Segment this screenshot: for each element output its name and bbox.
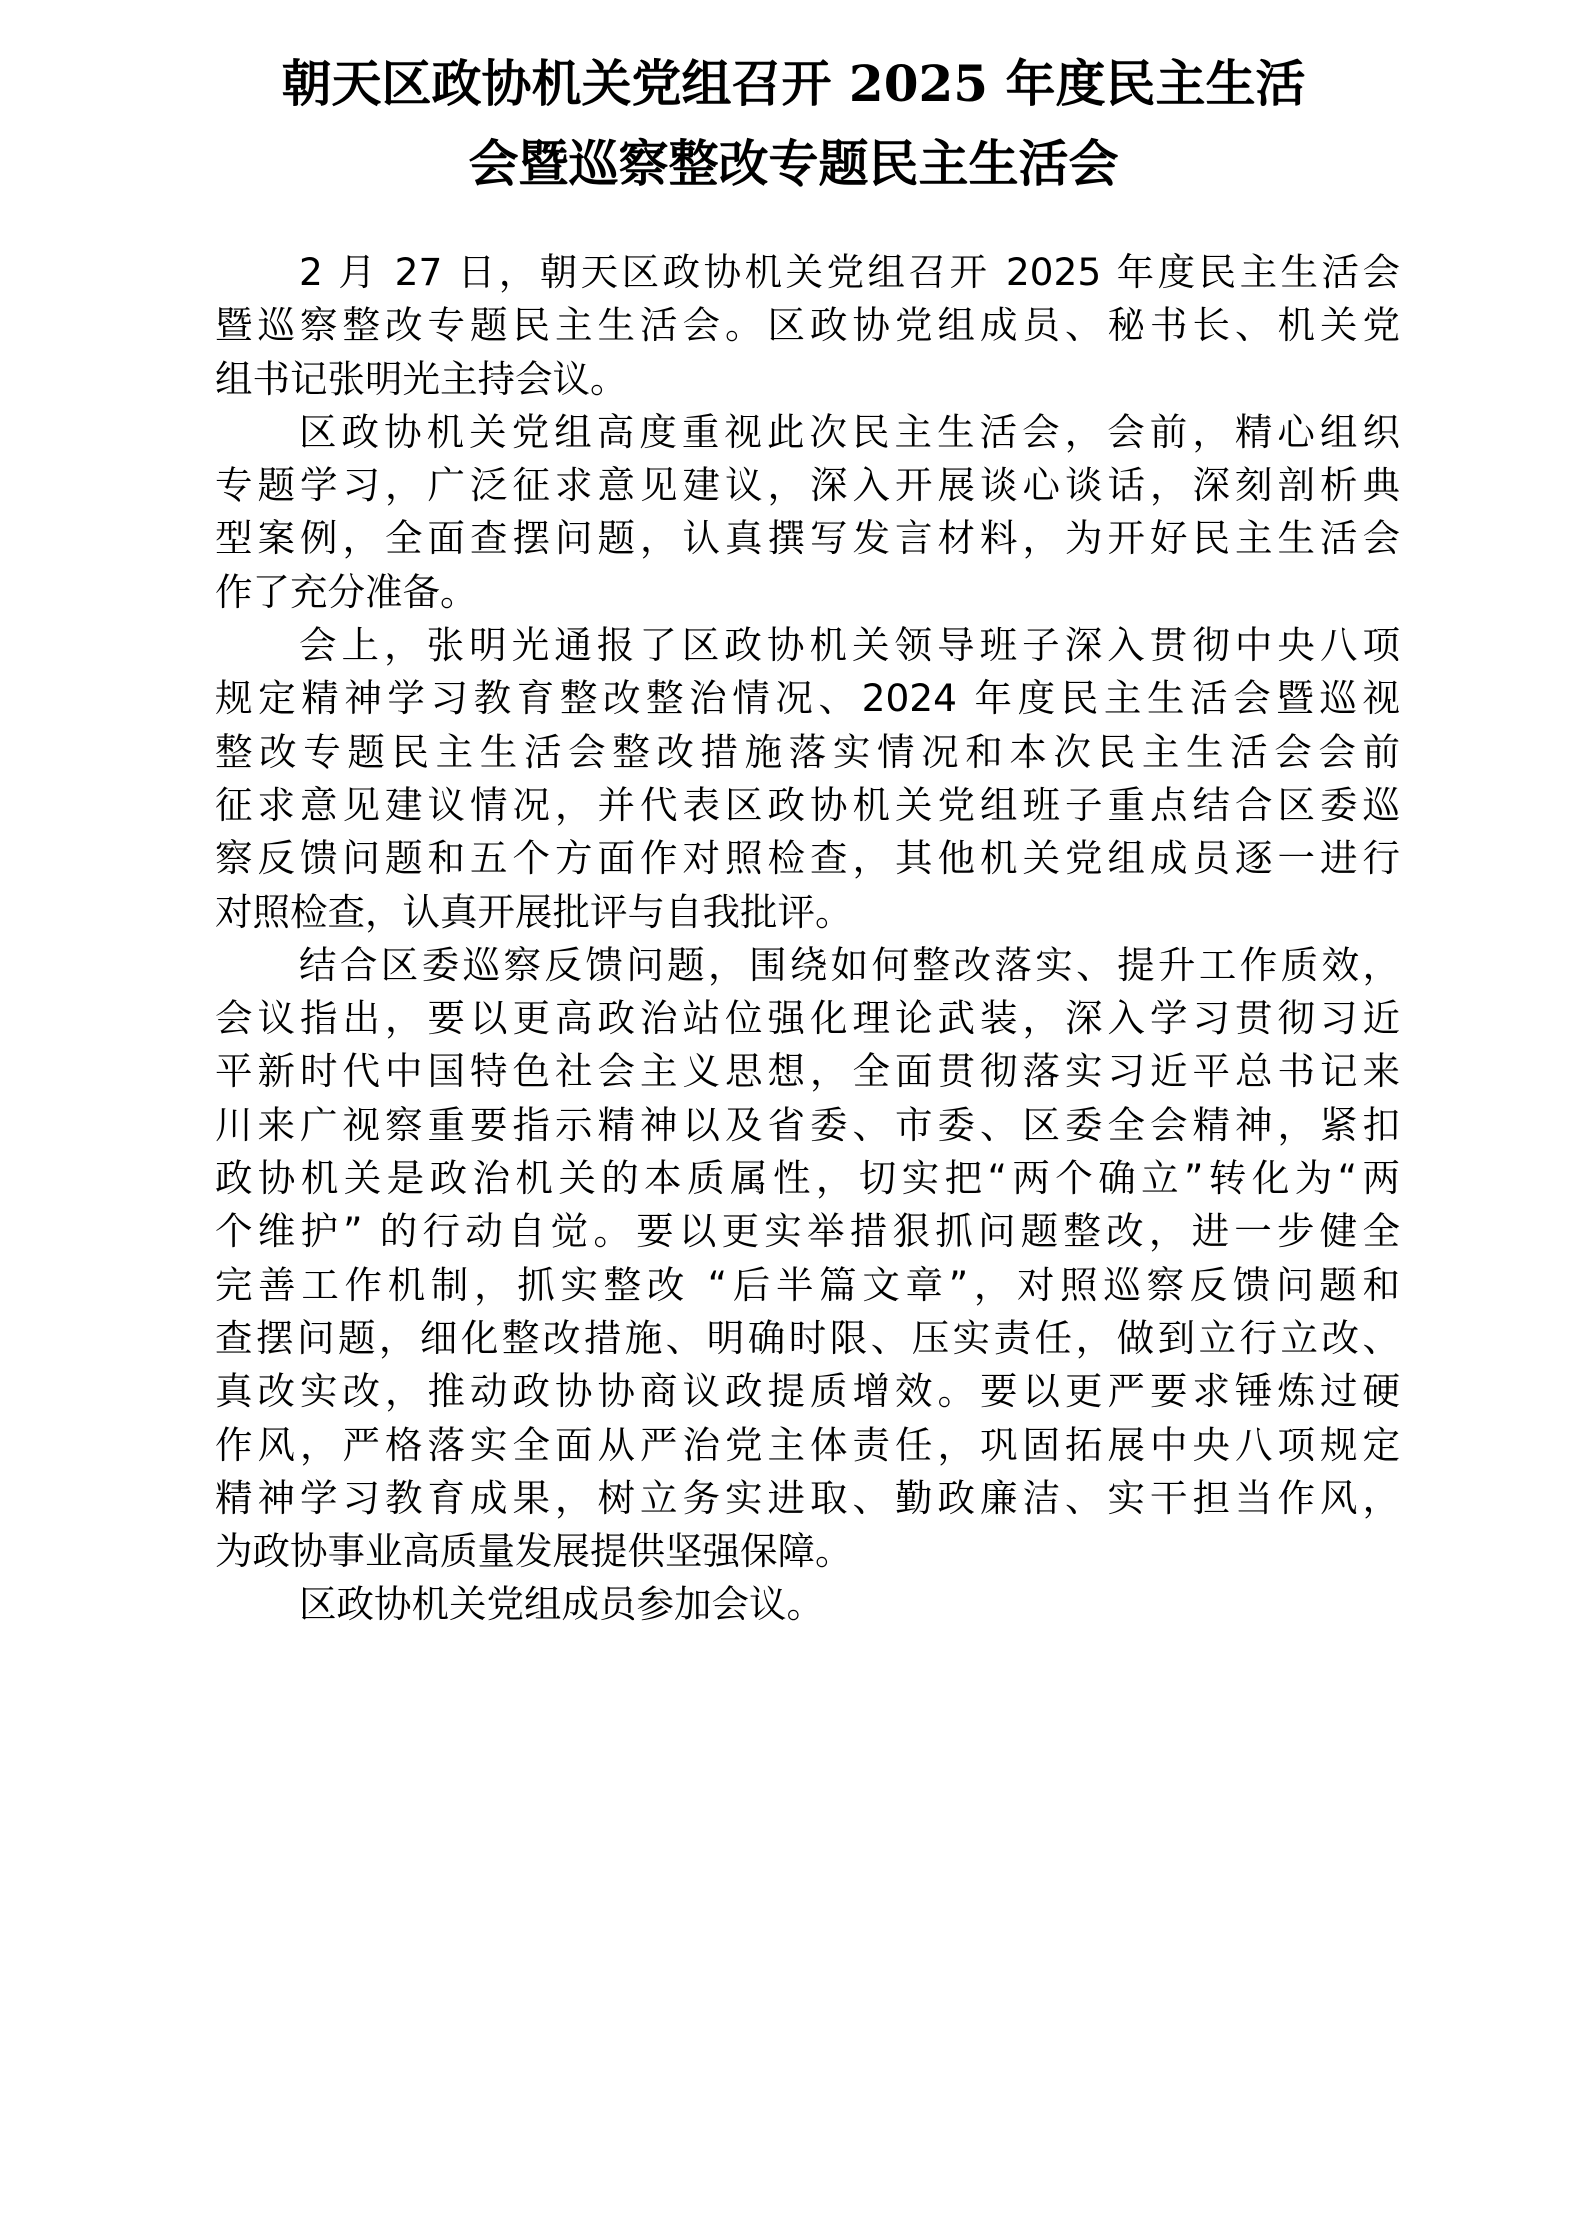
text-line: 作了充分准备。 [215,566,1400,619]
text-line: 察反馈问题和五个方面作对照检查，其他机关党组成员逐一进行 [215,832,1400,885]
text-line: 专题学习，广泛征求意见建议，深入开展谈心谈话，深刻剖析典 [215,459,1400,512]
text-line: 精神学习教育成果，树立务实进取、勤政廉洁、实干担当作风， [215,1472,1400,1525]
text-line: 会议指出，要以更高政治站位强化理论武装，深入学习贯彻习近 [215,992,1400,1045]
text-line: 型案例，全面查摆问题，认真撰写发言材料，为开好民主生活会 [215,512,1400,565]
text-line: 2 月 27 日，朝天区政协机关党组召开 2025 年度民主生活会 [215,246,1400,299]
article-body: 2 月 27 日，朝天区政协机关党组召开 2025 年度民主生活会 暨巡察整改专… [215,246,1400,1632]
text-line: 查摆问题，细化整改措施、明确时限、压实责任，做到立行立改、 [215,1312,1400,1365]
page-title: 朝天区政协机关党组召开 2025 年度民主生活 会暨巡察整改专题民主生活会 [0,44,1587,204]
text-line: 组书记张明光主持会议。 [215,353,1400,406]
document-page: 朝天区政协机关党组召开 2025 年度民主生活 会暨巡察整改专题民主生活会 2 … [0,0,1587,2233]
paragraph-preparation: 区政协机关党组高度重视此次民主生活会，会前，精心组织 专题学习，广泛征求意见建议… [215,406,1400,619]
text-line: 政协机关是政治机关的本质属性，切实把“两个确立”转化为“两 [215,1152,1400,1205]
paragraph-attendees: 区政协机关党组成员参加会议。 [215,1578,1400,1631]
text-line: 会上，张明光通报了区政协机关领导班子深入贯彻中央八项 [215,619,1400,672]
text-line: 为政协事业高质量发展提供坚强保障。 [215,1525,1400,1578]
title-line-2: 会暨巡察整改专题民主生活会 [0,124,1587,204]
paragraph-meeting-intro: 2 月 27 日，朝天区政协机关党组召开 2025 年度民主生活会 暨巡察整改专… [215,246,1400,406]
text-line: 区政协机关党组成员参加会议。 [215,1578,1400,1631]
text-line: 真改实改，推动政协协商议政提质增效。要以更严要求锤炼过硬 [215,1365,1400,1418]
text-line: 川来广视察重要指示精神以及省委、市委、区委全会精神，紧扣 [215,1099,1400,1152]
paragraph-meeting-report: 会上，张明光通报了区政协机关领导班子深入贯彻中央八项 规定精神学习教育整改整治情… [215,619,1400,939]
text-line: 征求意见建议情况，并代表区政协机关党组班子重点结合区委巡 [215,779,1400,832]
text-line: 个维护” 的行动自觉。要以更实举措狠抓问题整改，进一步健全 [215,1205,1400,1258]
text-line: 平新时代中国特色社会主义思想，全面贯彻落实习近平总书记来 [215,1045,1400,1098]
text-line: 规定精神学习教育整改整治情况、2024 年度民主生活会暨巡视 [215,672,1400,725]
text-line: 作风，严格落实全面从严治党主体责任，巩固拓展中央八项规定 [215,1419,1400,1472]
text-line: 结合区委巡察反馈问题，围绕如何整改落实、提升工作质效， [215,939,1400,992]
text-line: 暨巡察整改专题民主生活会。区政协党组成员、秘书长、机关党 [215,299,1400,352]
text-line: 完善工作机制，抓实整改 “后半篇文章”，对照巡察反馈问题和 [215,1259,1400,1312]
text-line: 对照检查，认真开展批评与自我批评。 [215,886,1400,939]
title-line-1: 朝天区政协机关党组召开 2025 年度民主生活 [0,44,1587,124]
paragraph-meeting-requirements: 结合区委巡察反馈问题，围绕如何整改落实、提升工作质效， 会议指出，要以更高政治站… [215,939,1400,1579]
text-line: 区政协机关党组高度重视此次民主生活会，会前，精心组织 [215,406,1400,459]
text-line: 整改专题民主生活会整改措施落实情况和本次民主生活会会前 [215,726,1400,779]
